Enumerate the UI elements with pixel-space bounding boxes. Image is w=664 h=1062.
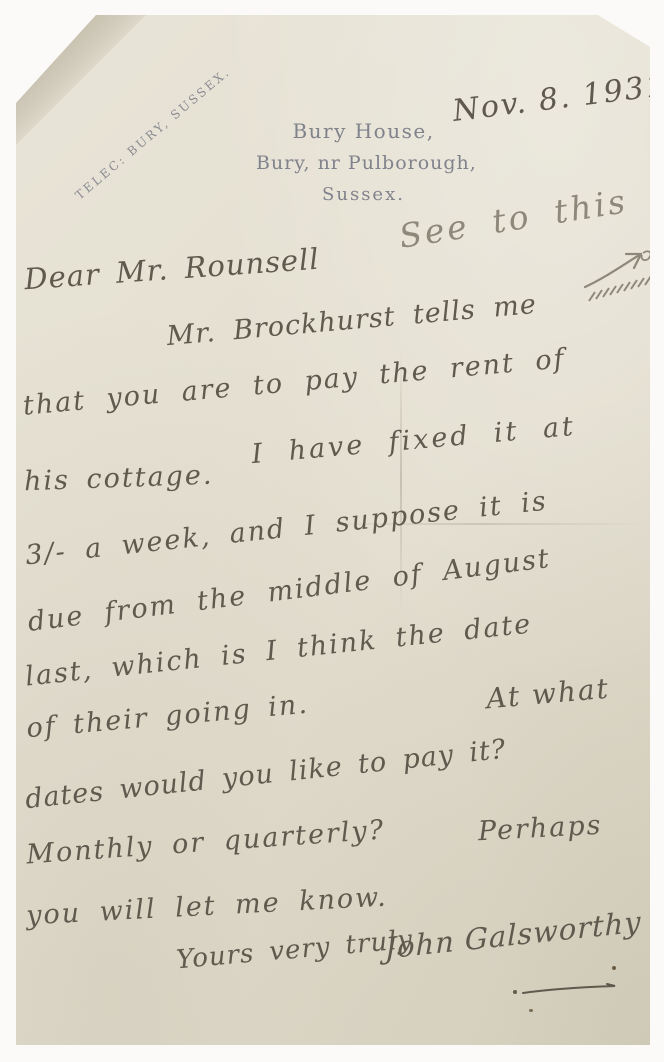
letter-line: I have fixed it at [250, 411, 577, 470]
letterhead-address: Bury House, Bury, nr Pulborough, Sussex. [256, 115, 471, 211]
letterhead-line: Bury, nr Pulborough, [256, 147, 471, 179]
paper-speck [648, 5, 651, 8]
letter-line: you will let me know. [25, 882, 388, 932]
scanned-letter-background: TELEC: BURY, SUSSEX. Bury House, Bury, n… [0, 0, 664, 1062]
letter-paper: TELEC: BURY, SUSSEX. Bury House, Bury, n… [16, 15, 650, 1045]
paper-speck [612, 966, 616, 970]
letterhead-line: Sussex. [256, 179, 471, 211]
salutation: Dear Mr. Rounsell [23, 242, 320, 297]
arrow-scribble-icon [581, 233, 659, 311]
corner-fold-shading [16, 15, 146, 145]
letterhead-line: Bury House, [256, 115, 471, 147]
letter-line: Mr. Brockhurst tells me [165, 289, 538, 352]
letter-line: his cottage. [24, 460, 214, 498]
paper-speck [529, 1009, 533, 1012]
paper-speck [345, 9, 349, 14]
letter-line: dates would you like to pay it? [24, 734, 508, 815]
letter-line: that you are to pay the rent of [22, 343, 567, 421]
letter-line: At what [485, 672, 611, 716]
letter-line: Monthly or quarterly? [25, 814, 386, 870]
letter-line: Perhaps [477, 810, 603, 847]
letter-closing: Yours very truly [175, 925, 414, 976]
signature: John Galsworthy [385, 904, 642, 965]
signature-flourish [511, 983, 621, 999]
handwritten-date: Nov. 8. 1931 [451, 68, 664, 129]
letter-line: of their going in. [25, 689, 310, 745]
telegraph-address-stamp: TELEC: BURY, SUSSEX. [73, 64, 234, 202]
